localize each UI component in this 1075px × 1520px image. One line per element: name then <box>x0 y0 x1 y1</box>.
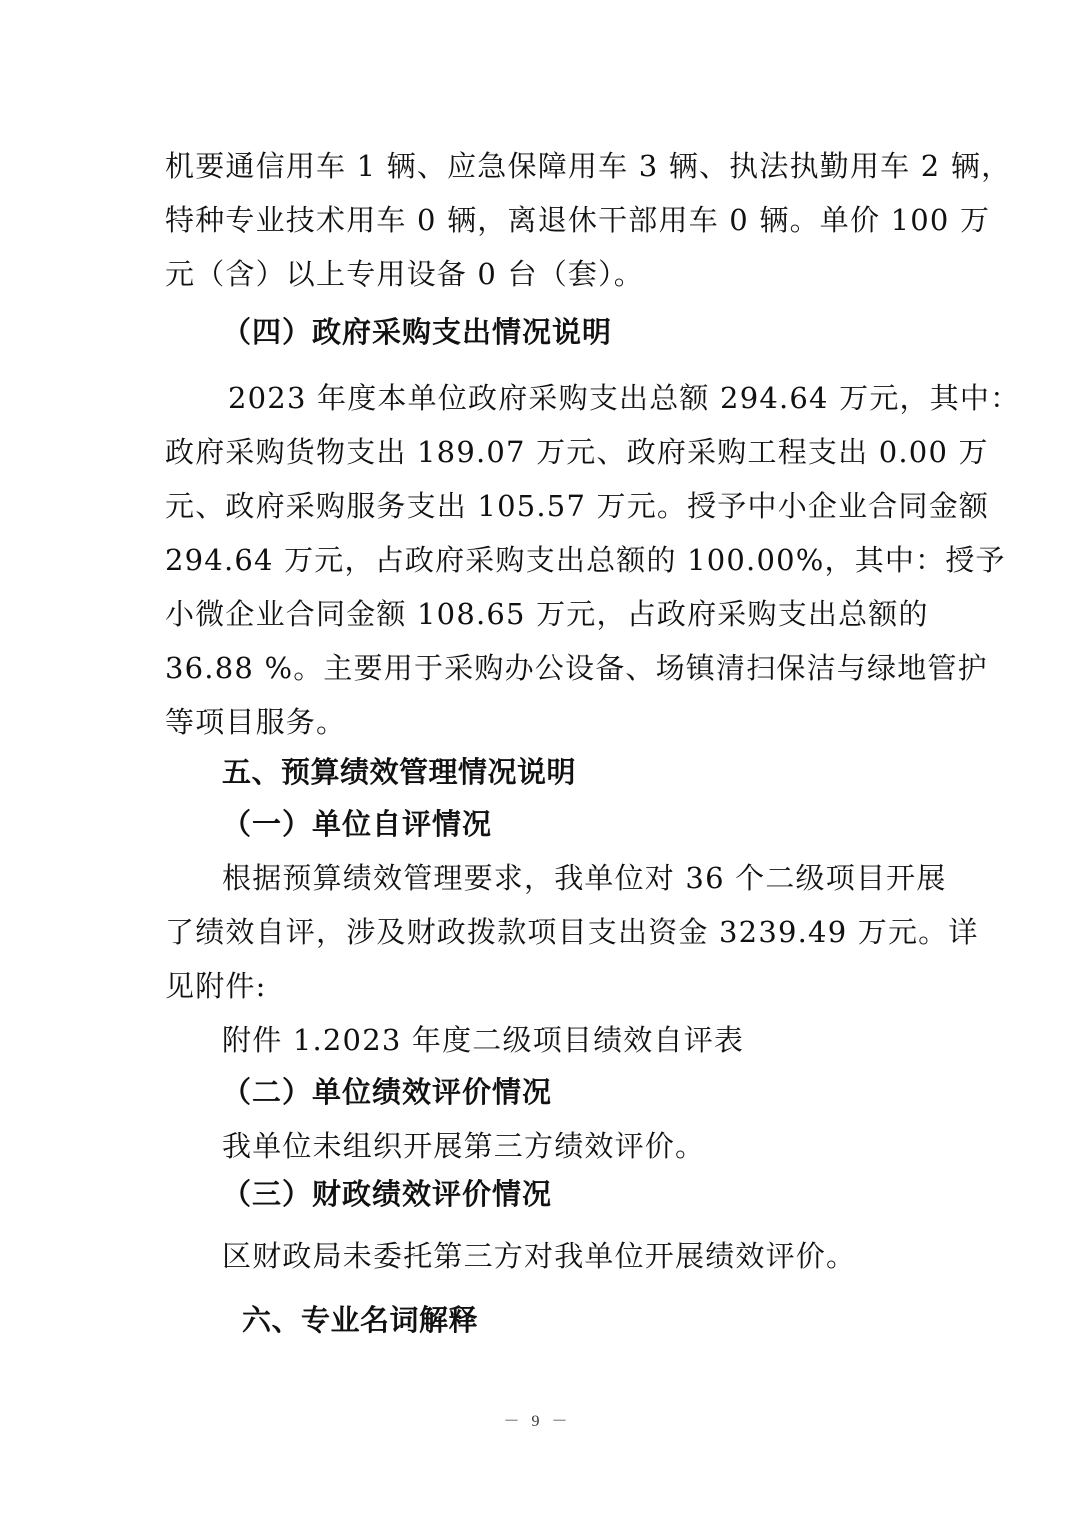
paragraph-line: 小微企业合同金额 108.65 万元，占政府采购支出总额的 <box>165 594 915 634</box>
paragraph-line: 区财政局未委托第三方对我单位开展绩效评价。 <box>222 1236 972 1276</box>
paragraph-line: 特种专业技术用车 0 辆，离退休干部用车 0 辆。单价 100 万 <box>165 200 915 240</box>
paragraph-line: 元、政府采购服务支出 105.57 万元。授予中小企业合同金额 <box>165 486 915 526</box>
subsection-heading-unit-evaluation: （二）单位绩效评价情况 <box>222 1072 972 1112</box>
section-heading-performance: 五、预算绩效管理情况说明 <box>222 752 972 792</box>
paragraph-line: 根据预算绩效管理要求，我单位对 36 个二级项目开展 <box>222 858 915 898</box>
paragraph-line: 了绩效自评，涉及财政拨款项目支出资金 3239.49 万元。详 <box>165 912 915 952</box>
paragraph-line: 机要通信用车 1 辆、应急保障用车 3 辆、执法执勤用车 2 辆， <box>165 146 915 186</box>
subsection-heading-self-evaluation: （一）单位自评情况 <box>222 804 972 844</box>
section-heading-procurement: （四）政府采购支出情况说明 <box>222 312 972 352</box>
paragraph-line: 等项目服务。 <box>165 702 915 742</box>
paragraph-line: 我单位未组织开展第三方绩效评价。 <box>222 1126 972 1166</box>
paragraph-line: 见附件: <box>165 966 915 1006</box>
subsection-heading-fiscal-evaluation: （三）财政绩效评价情况 <box>222 1174 972 1214</box>
paragraph-line: 294.64 万元，占政府采购支出总额的 100.00%，其中：授予 <box>165 540 915 580</box>
attachment-reference: 附件 1.2023 年度二级项目绩效自评表 <box>222 1020 972 1060</box>
page-number: － 9 － <box>0 1408 1075 1431</box>
section-heading-glossary: 六、专业名词解释 <box>242 1300 992 1340</box>
paragraph-line: 36.88 %。主要用于采购办公设备、场镇清扫保洁与绿地管护 <box>165 648 915 688</box>
paragraph-line: 元（含）以上专用设备 0 台（套）。 <box>165 254 915 294</box>
paragraph-line: 2023 年度本单位政府采购支出总额 294.64 万元，其中： <box>228 378 915 418</box>
paragraph-line: 政府采购货物支出 189.07 万元、政府采购工程支出 0.00 万 <box>165 432 915 472</box>
